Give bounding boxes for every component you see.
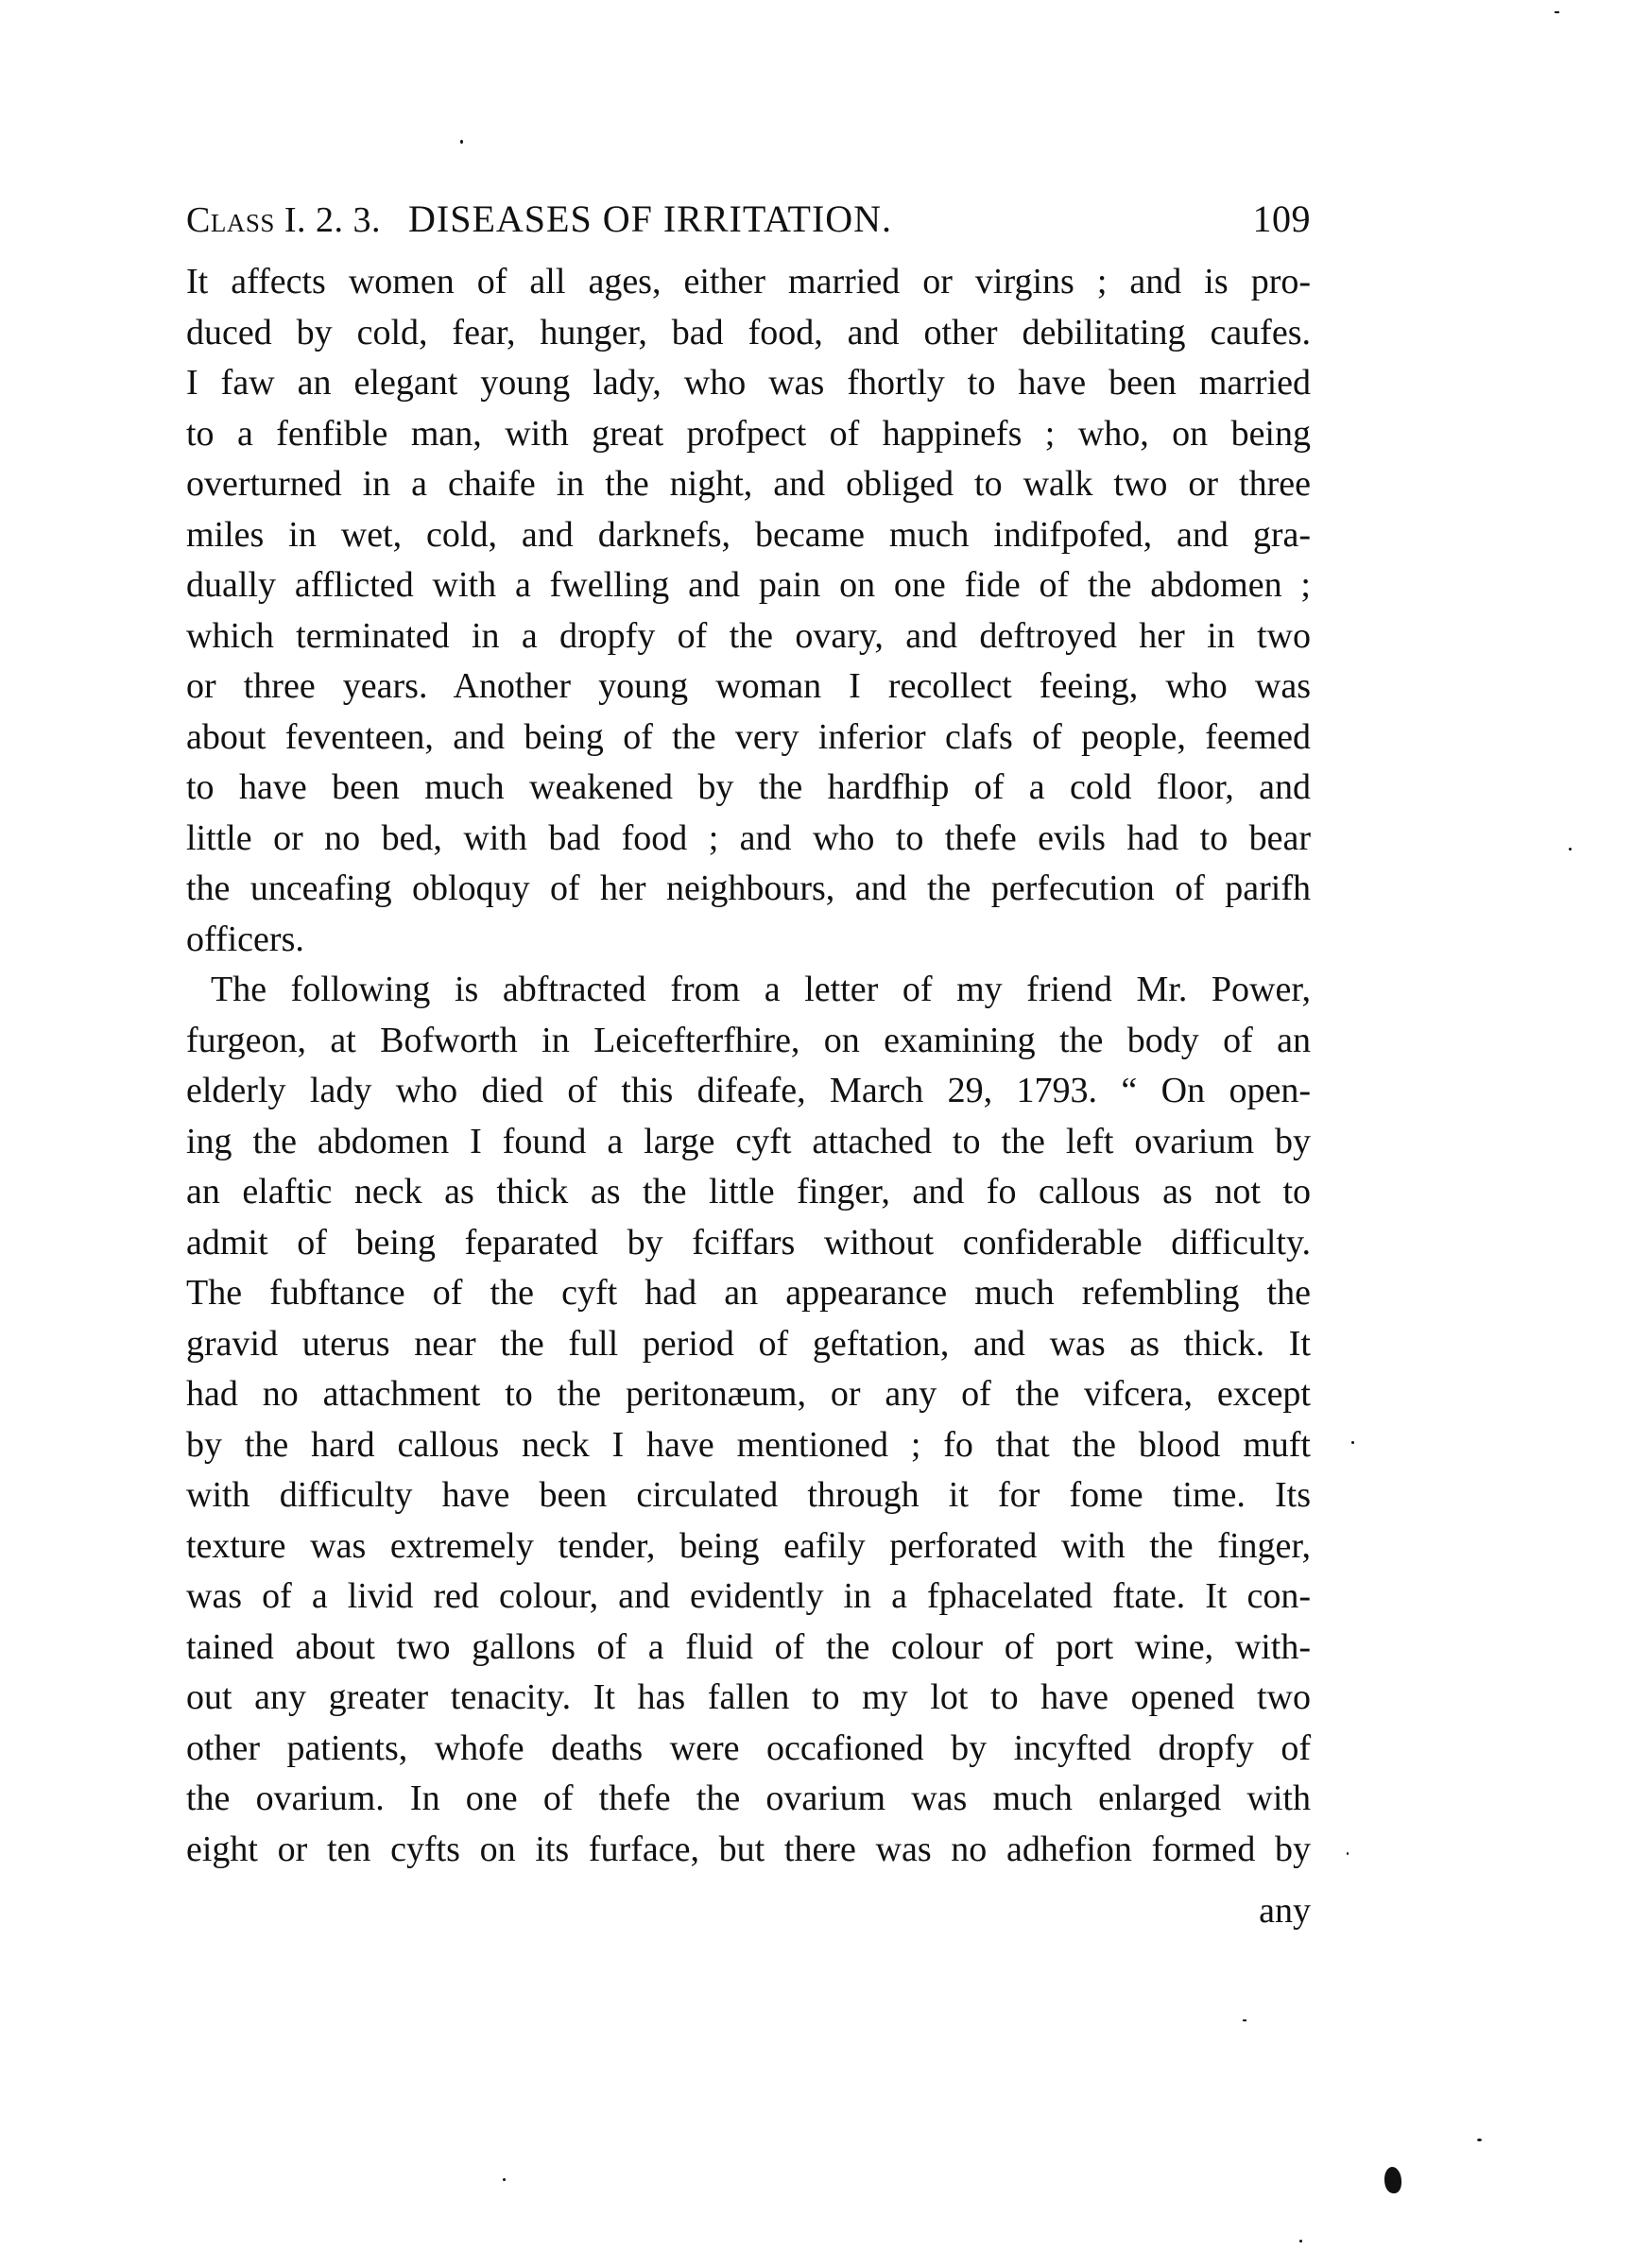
text-line: with difficulty have been circulated thr… (186, 1470, 1311, 1521)
text-line: other patients, whofe deaths were occafi… (186, 1724, 1311, 1775)
scan-speck (1243, 2019, 1246, 2021)
text-line: out any greater tenacity. It has fallen … (186, 1673, 1311, 1724)
paragraph-start-line: The following is abftracted from a lette… (186, 965, 1311, 1016)
scan-speck (1299, 2240, 1302, 2242)
text-line: was of a livid red colour, and evidently… (186, 1572, 1311, 1623)
text-line: or three years. Another young woman I re… (186, 661, 1311, 713)
text-line: furgeon, at Bofworth in Leicefterfhire, … (186, 1016, 1311, 1067)
running-head: Class I. 2. 3. DISEASES OF IRRITATION. 1… (186, 197, 1311, 253)
text-line: dually afflicted with a fwelling and pai… (186, 560, 1311, 611)
text-line: elderly lady who died of this difeafe, M… (186, 1066, 1311, 1117)
text-line: the ovarium. In one of thefe the ovarium… (186, 1774, 1311, 1825)
text-line: admit of being feparated by fciffars wit… (186, 1218, 1311, 1269)
text-line: ing the abdomen I found a large cyft att… (186, 1117, 1311, 1168)
text-line: miles in wet, cold, and darknefs, became… (186, 510, 1311, 561)
text-line: texture was extremely tender, being eafi… (186, 1521, 1311, 1572)
page-number: 109 (1253, 197, 1312, 241)
book-page: Class I. 2. 3. DISEASES OF IRRITATION. 1… (0, 0, 1633, 2268)
text-line: duced by cold, fear, hunger, bad food, a… (186, 308, 1311, 359)
text-line: It affects women of all ages, either mar… (186, 257, 1311, 308)
text-line: to have been much weakened by the hardfh… (186, 763, 1311, 814)
scan-speck (1569, 848, 1572, 850)
text-line: to a fenfible man, with great profpect o… (186, 409, 1311, 460)
text-line: little or no bed, with bad food ; and wh… (186, 814, 1311, 865)
scan-speck (460, 140, 463, 144)
text-line: overturned in a chaife in the night, and… (186, 459, 1311, 510)
scan-speck (1347, 1852, 1349, 1855)
scan-speck (1555, 11, 1559, 13)
text-line: by the hard callous neck I have mentione… (186, 1420, 1311, 1471)
text-line: I faw an elegant young lady, who was fho… (186, 358, 1311, 409)
scan-speck (503, 2178, 506, 2181)
text-line: gravid uterus near the full period of ge… (186, 1319, 1311, 1370)
text-line: which terminated in a dropfy of the ovar… (186, 611, 1311, 662)
catchword: any (1238, 1890, 1311, 1932)
text-line: the unceafing obloquy of her neighbours,… (186, 864, 1311, 915)
text-line: an elaftic neck as thick as the little f… (186, 1167, 1311, 1218)
text-line: eight or ten cyfts on its furface, but t… (186, 1825, 1311, 1876)
scan-speck (1477, 2139, 1482, 2141)
scan-speck (1351, 1441, 1354, 1444)
text-line: officers. (186, 915, 1311, 966)
class-reference: Class I. 2. 3. (186, 199, 408, 241)
chapter-title: DISEASES OF IRRITATION. (408, 197, 1253, 241)
text-line: tained about two gallons of a fluid of t… (186, 1623, 1311, 1674)
text-line: about feventeen, and being of the very i… (186, 713, 1311, 764)
text-line: had no attachment to the peritonæum, or … (186, 1369, 1311, 1420)
text-line: The fubftance of the cyft had an appeara… (186, 1268, 1311, 1319)
scan-speck (1384, 2167, 1401, 2193)
body-text: It affects women of all ages, either mar… (186, 257, 1311, 1875)
